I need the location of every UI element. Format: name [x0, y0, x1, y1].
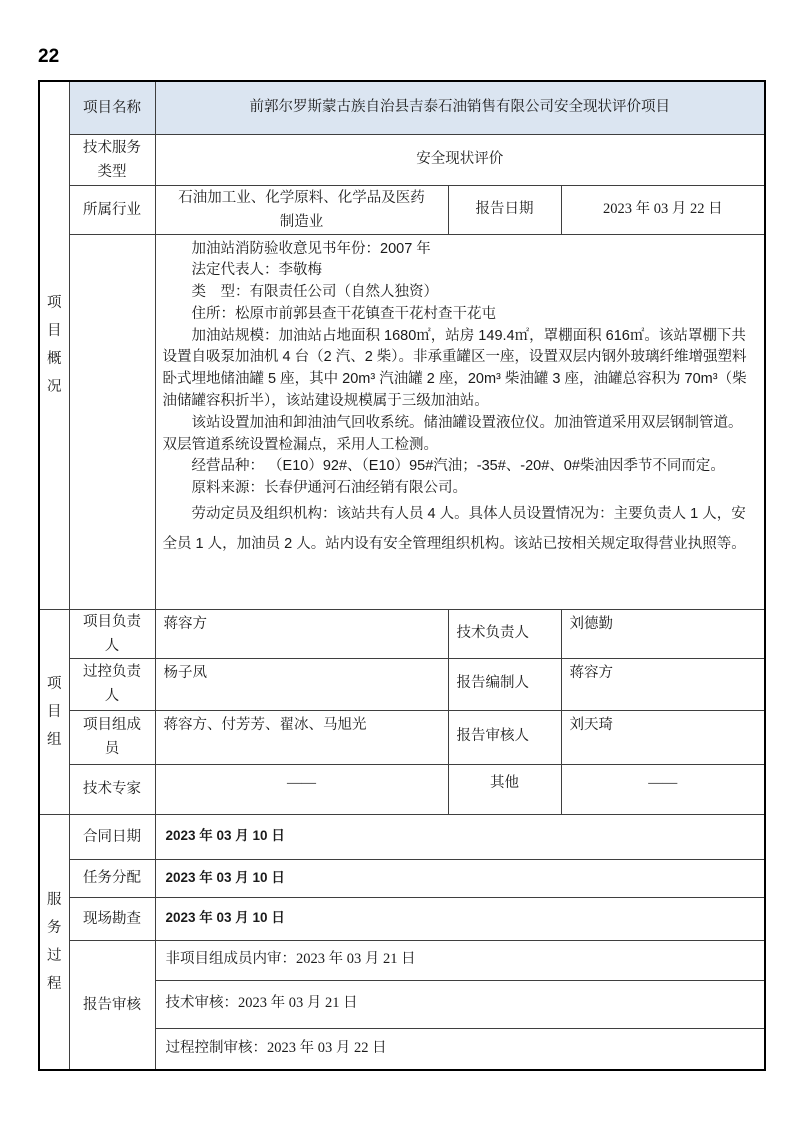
- row-task-assignment: 任务分配 2023 年 03 月 10 日: [39, 859, 765, 897]
- row-report-review-1: 报告审核 非项目组成员内审：2023 年 03 月 21 日: [39, 940, 765, 980]
- report-review-item-internal: 非项目组成员内审：2023 年 03 月 21 日: [155, 940, 765, 980]
- process-control-value: 杨子凤: [155, 658, 448, 710]
- empty-cell: [69, 234, 155, 609]
- service-type-label: 技术服务类型: [81, 136, 143, 184]
- report-date-label: 报告日期: [448, 185, 561, 234]
- contract-date-value: 2023 年 03 月 10 日: [155, 814, 765, 859]
- overview-paragraph: 加油站消防验收意见书年份：2007 年: [163, 239, 757, 261]
- task-assignment-label: 任务分配: [81, 866, 143, 890]
- project-name-value: 前郭尔罗斯蒙古族自治县吉泰石油销售有限公司安全现状评价项目: [155, 81, 765, 134]
- site-survey-label: 现场勘查: [81, 907, 143, 931]
- tech-expert-label-cell: 技术专家: [69, 764, 155, 814]
- overview-paragraph: 该站设置加油和卸油油气回收系统。储油罐设置液位仪。加油管道采用双层钢制管道。双层…: [163, 413, 757, 457]
- row-industry: 所属行业 石油加工业、化学原料、化学品及医药制造业 报告日期 2023 年 03…: [39, 185, 765, 234]
- report-review-label: 报告审核: [81, 993, 143, 1017]
- team-members-value: 蒋容方、付芳芳、翟冰、马旭光: [155, 710, 448, 764]
- row-overview: 加油站消防验收意见书年份：2007 年 法定代表人：李敬梅 类 型：有限责任公司…: [39, 234, 765, 609]
- section-label-overview: 项目概况: [46, 289, 62, 401]
- project-leader-label: 项目负责人: [81, 610, 143, 658]
- row-site-survey: 现场勘查 2023 年 03 月 10 日: [39, 897, 765, 940]
- tech-expert-label: 技术专家: [81, 777, 143, 801]
- report-review-item-technical: 技术审核：2023 年 03 月 21 日: [155, 980, 765, 1028]
- section-cell-overview: 项目概况: [39, 81, 69, 609]
- report-reviewer-value: 刘天琦: [561, 710, 765, 764]
- site-survey-label-cell: 现场勘查: [69, 897, 155, 940]
- row-contract-date: 服务过程 合同日期 2023 年 03 月 10 日: [39, 814, 765, 859]
- tech-leader-label: 技术负责人: [448, 609, 561, 658]
- site-survey-value: 2023 年 03 月 10 日: [155, 897, 765, 940]
- tech-leader-value: 刘德勤: [561, 609, 765, 658]
- overview-text-cell: 加油站消防验收意见书年份：2007 年 法定代表人：李敬梅 类 型：有限责任公司…: [155, 234, 765, 609]
- industry-value: 石油加工业、化学原料、化学品及医药制造业: [176, 186, 428, 234]
- industry-label-cell: 所属行业: [69, 185, 155, 234]
- service-type-label-cell: 技术服务类型: [69, 134, 155, 185]
- process-control-label-cell: 过控负责人: [69, 658, 155, 710]
- project-name-label: 项目名称: [81, 96, 143, 120]
- overview-paragraph: 法定代表人：李敬梅: [163, 260, 757, 282]
- report-review-item-process-control: 过程控制审核：2023 年 03 月 22 日: [155, 1028, 765, 1070]
- other-label: 其他: [448, 764, 561, 814]
- task-assignment-value: 2023 年 03 月 10 日: [155, 859, 765, 897]
- report-author-label: 报告编制人: [448, 658, 561, 710]
- overview-paragraph: 类 型：有限责任公司（自然人独资）: [163, 282, 757, 304]
- team-members-label-cell: 项目组成员: [69, 710, 155, 764]
- overview-paragraph: 经营品种： （E10）92#、（E10）95#汽油；-35#、-20#、0#柴油…: [163, 456, 757, 478]
- other-value: ——: [561, 764, 765, 814]
- row-team-members: 项目组成员 蒋容方、付芳芳、翟冰、马旭光 报告审核人 刘天琦: [39, 710, 765, 764]
- row-project-name: 项目概况 项目名称 前郭尔罗斯蒙古族自治县吉泰石油销售有限公司安全现状评价项目: [39, 81, 765, 134]
- industry-label: 所属行业: [81, 198, 143, 222]
- service-type-value: 安全现状评价: [155, 134, 765, 185]
- overview-paragraph: 劳动定员及组织机构：该站共有人员 4 人。具体人员设置情况为：主要负责人 1 人…: [163, 500, 757, 559]
- team-members-label: 项目组成员: [81, 713, 143, 761]
- project-leader-value: 蒋容方: [155, 609, 448, 658]
- report-date-value: 2023 年 03 月 22 日: [561, 185, 765, 234]
- section-label-team: 项目组: [46, 670, 62, 754]
- section-cell-team: 项目组: [39, 609, 69, 814]
- row-project-leader: 项目组 项目负责人 蒋容方 技术负责人 刘德勤: [39, 609, 765, 658]
- row-process-control-leader: 过控负责人 杨子凤 报告编制人 蒋容方: [39, 658, 765, 710]
- section-label-process: 服务过程: [46, 886, 62, 998]
- row-service-type: 技术服务类型 安全现状评价: [39, 134, 765, 185]
- report-reviewer-label: 报告审核人: [448, 710, 561, 764]
- section-cell-process: 服务过程: [39, 814, 69, 1070]
- task-assignment-label-cell: 任务分配: [69, 859, 155, 897]
- page-number: 22: [38, 46, 59, 68]
- report-review-label-cell: 报告审核: [69, 940, 155, 1070]
- contract-date-label-cell: 合同日期: [69, 814, 155, 859]
- row-tech-expert: 技术专家 —— 其他 ——: [39, 764, 765, 814]
- overview-paragraph: 住所：松原市前郭县查干花镇查干花村查干花屯: [163, 304, 757, 326]
- project-leader-label-cell: 项目负责人: [69, 609, 155, 658]
- overview-paragraph: 加油站规模：加油站占地面积 1680㎡，站房 149.4㎡，罩棚面积 616㎡。…: [163, 326, 757, 413]
- overview-paragraph: 原料来源：长春伊通河石油经销有限公司。: [163, 478, 757, 500]
- project-name-label-cell: 项目名称: [69, 81, 155, 134]
- industry-value-cell: 石油加工业、化学原料、化学品及医药制造业: [155, 185, 448, 234]
- process-control-label: 过控负责人: [81, 660, 143, 708]
- tech-expert-value: ——: [155, 764, 448, 814]
- project-info-table: 项目概况 项目名称 前郭尔罗斯蒙古族自治县吉泰石油销售有限公司安全现状评价项目 …: [38, 80, 766, 1071]
- contract-date-label: 合同日期: [81, 825, 143, 849]
- report-author-value: 蒋容方: [561, 658, 765, 710]
